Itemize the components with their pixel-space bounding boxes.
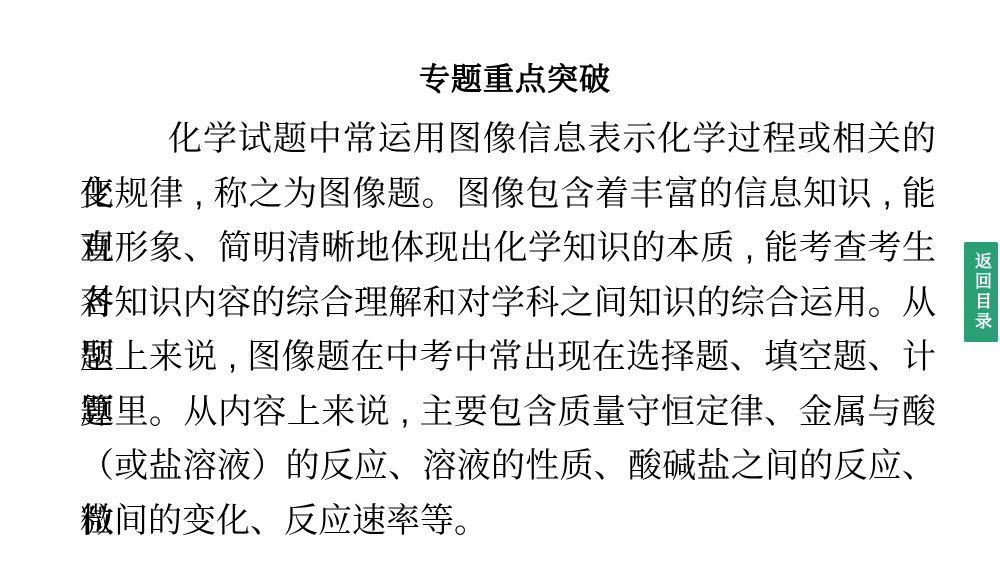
- body-line: 观形象、简明清晰地体现出化学知识的本质 , 能考查考生对: [80, 221, 936, 276]
- body-line: 粒间的变化、反应速率等。: [80, 494, 936, 549]
- body-line: 化规律 , 称之为图像题。图像包含着丰富的信息知识 , 能直: [80, 167, 936, 222]
- body-line: 型上来说 , 图像题在中考中常出现在选择题、填空题、计算: [80, 330, 936, 385]
- page-title: 专题重点突破: [80, 54, 950, 99]
- return-to-toc-tab[interactable]: 返回目录: [964, 242, 998, 342]
- slide: 专题重点突破 化学试题中常运用图像信息表示化学过程或相关的变 化规律 , 称之为…: [0, 0, 1000, 563]
- body-line: 化学试题中常运用图像信息表示化学过程或相关的变: [80, 112, 936, 167]
- return-to-toc-label: 返回目录: [964, 252, 998, 332]
- body-line: 题里。从内容上来说 , 主要包含质量守恒定律、金属与酸: [80, 385, 936, 440]
- body-line: （或盐溶液）的反应、溶液的性质、酸碱盐之间的反应、微: [80, 439, 936, 494]
- body-line: 各知识内容的综合理解和对学科之间知识的综合运用。从题: [80, 276, 936, 331]
- body-paragraph: 化学试题中常运用图像信息表示化学过程或相关的变 化规律 , 称之为图像题。图像包…: [80, 112, 936, 548]
